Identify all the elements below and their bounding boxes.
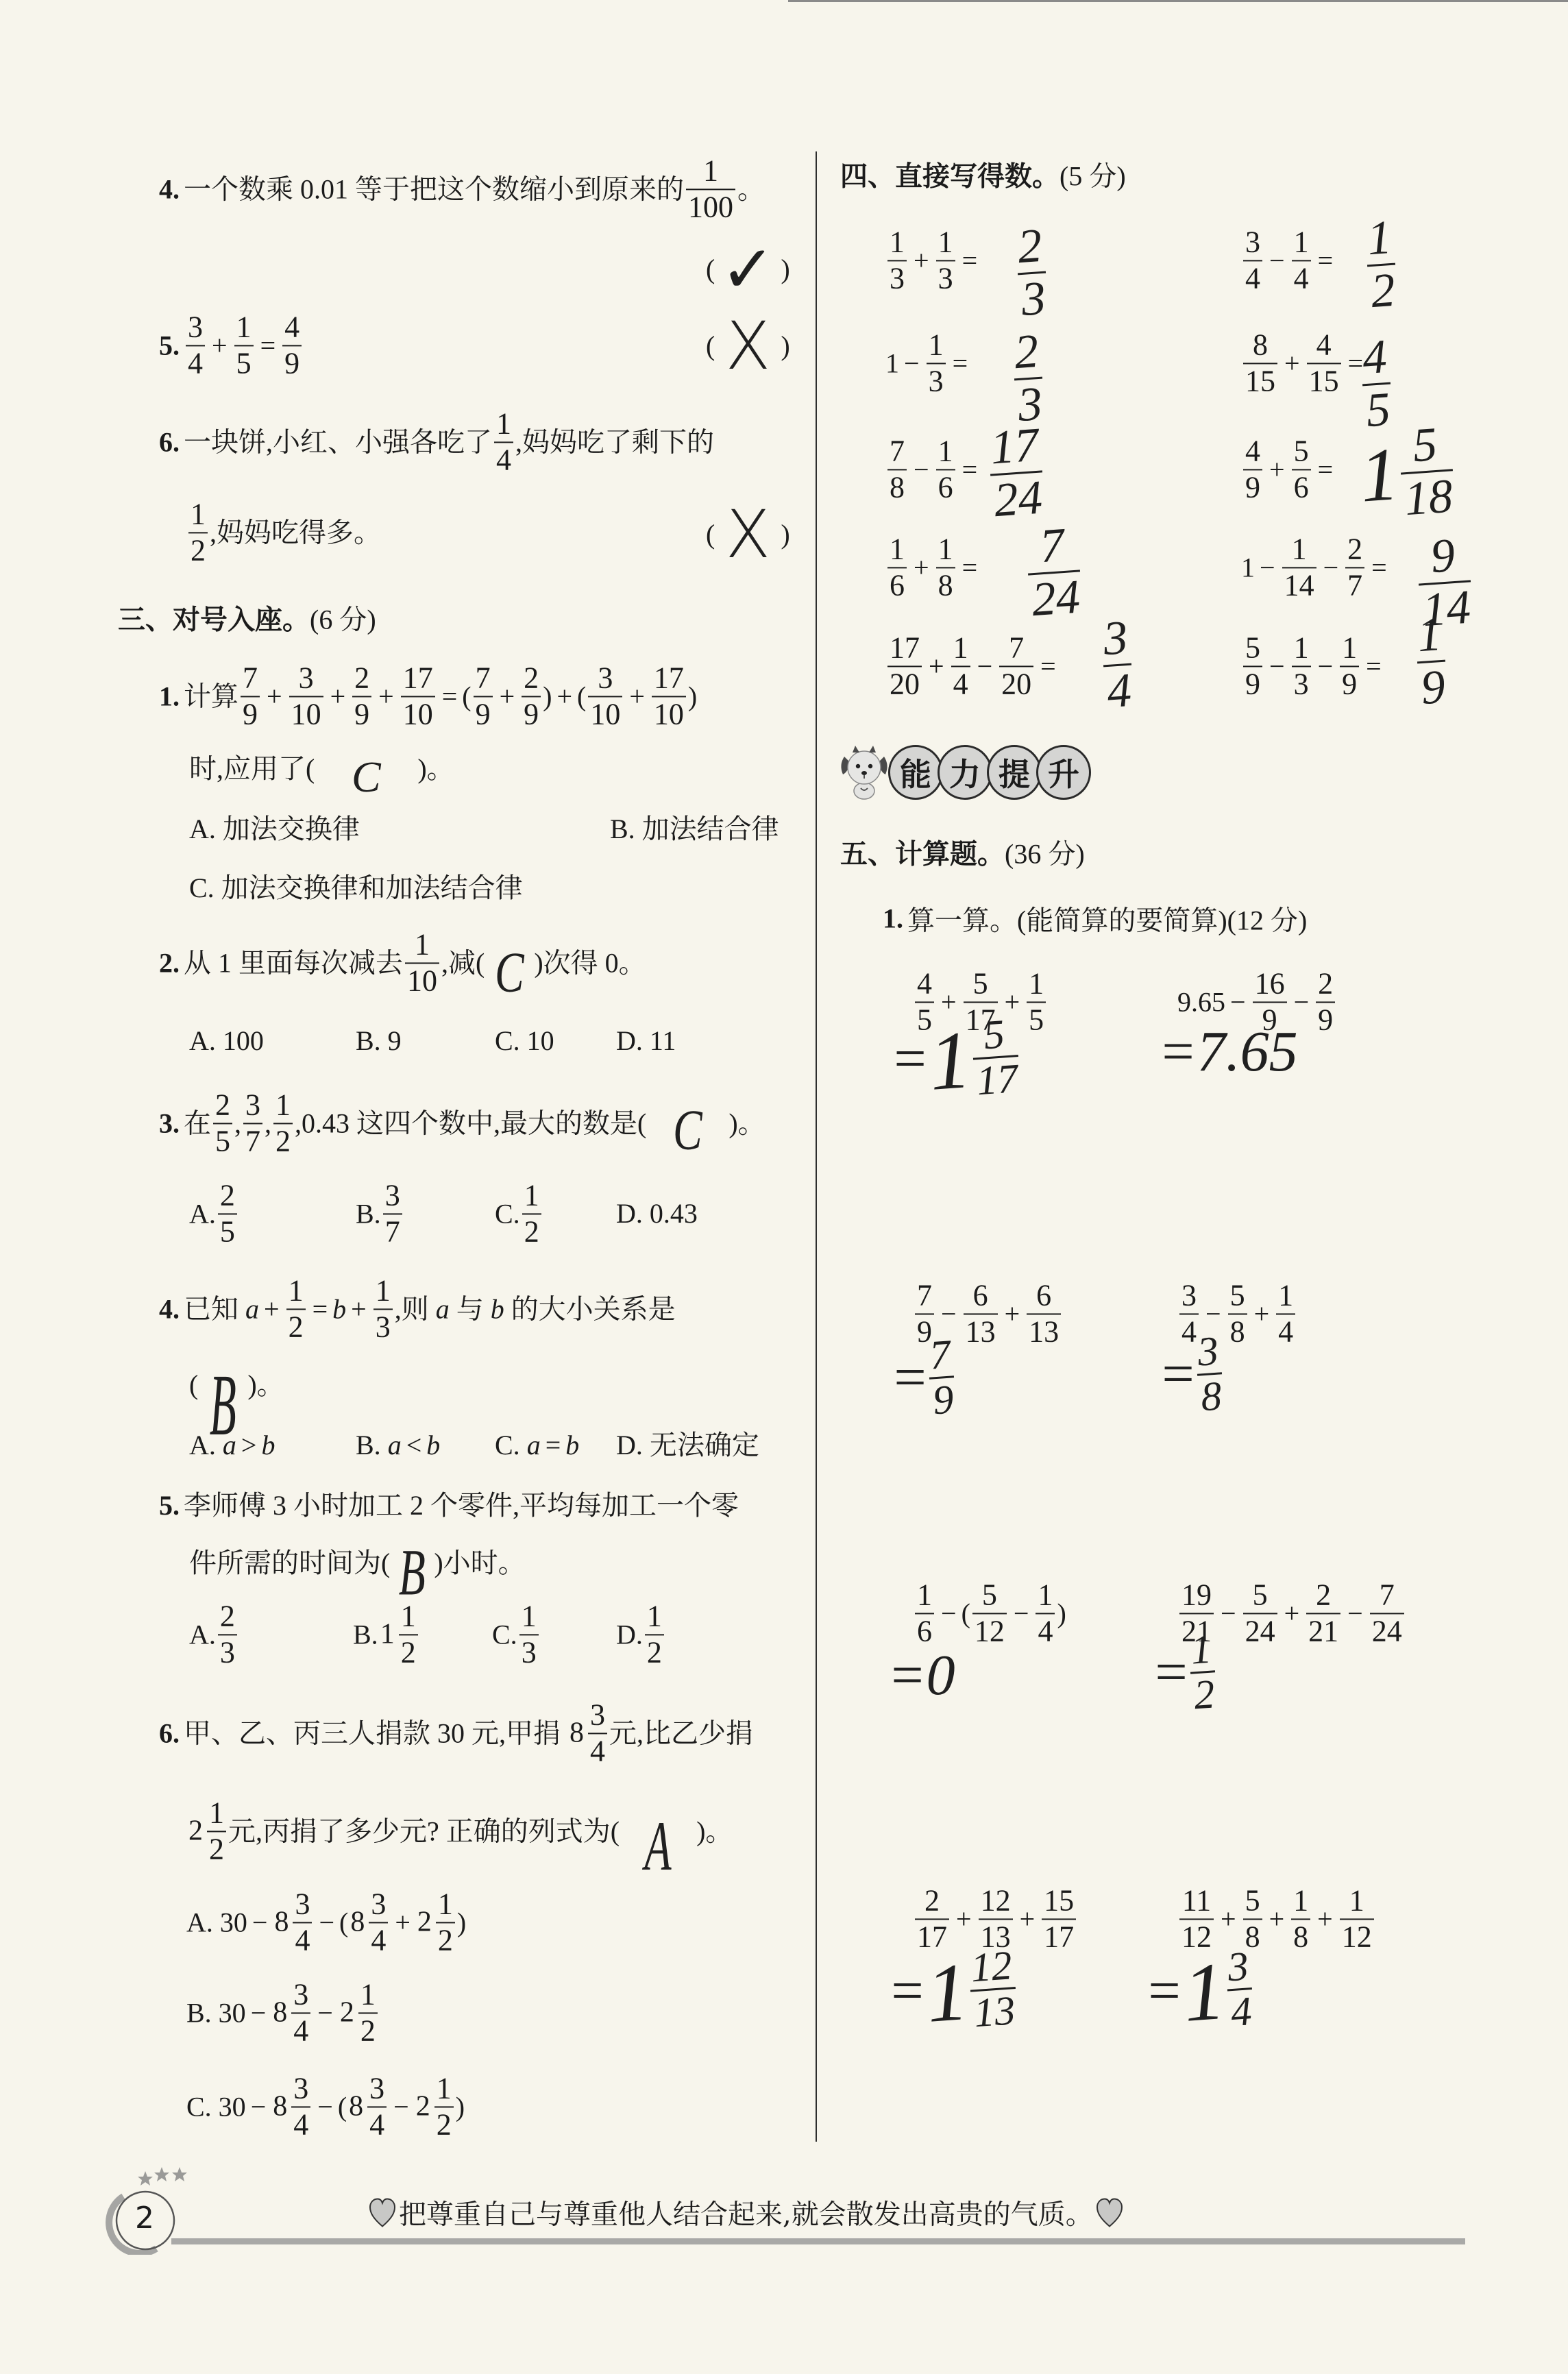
math-operator: +	[956, 1902, 972, 1935]
denominator: 2	[207, 1832, 226, 1867]
math-operator: +	[500, 680, 515, 713]
math-operator: +	[1020, 1902, 1036, 1935]
mental-answer-9: 34	[1103, 613, 1131, 716]
math-operator: −	[1221, 1597, 1236, 1630]
text: 从 1 里面每次减去	[184, 946, 403, 979]
text: 李师傅 3 小时加工 2 个零件,平均每加工一个零	[184, 1489, 739, 1522]
text: )。	[696, 1815, 733, 1848]
fraction: 1710	[652, 661, 686, 731]
denominator: 4	[1276, 1314, 1295, 1349]
calc-answer-8: =134	[1144, 1947, 1252, 2035]
puppy-mascot-icon	[837, 744, 891, 800]
numerator: 1	[1276, 1278, 1295, 1314]
choice-q3-option-b: B.37	[356, 1178, 404, 1249]
fraction-body: 29	[522, 661, 541, 731]
text: 1	[1241, 551, 1255, 584]
numerator: 4	[915, 966, 934, 1003]
numerator: 1	[1414, 609, 1445, 663]
denominator: 10	[652, 697, 686, 732]
math-operator: −	[317, 1996, 333, 2029]
mental-expr-10: 59−13−19=	[1241, 631, 1386, 701]
fraction: 724	[1370, 1578, 1404, 1648]
mental-expr-7: 16+18=	[885, 532, 982, 602]
math-variable: a	[527, 1429, 541, 1462]
fraction: 12	[645, 1599, 664, 1669]
math-operator: +	[914, 244, 929, 277]
fraction: 58	[1228, 1278, 1247, 1349]
math-operator: =	[962, 551, 978, 584]
denominator: 9	[1417, 661, 1449, 713]
handwritten-answer: C	[485, 944, 534, 1001]
text: C.	[495, 1197, 520, 1230]
question-number: 5.	[159, 329, 180, 362]
calc-answer-6: =12	[1151, 1628, 1215, 1717]
section-title-score: (5 分)	[1059, 155, 1126, 194]
handwritten-answer: =0	[887, 1647, 955, 1704]
text: B. 加法结合律	[610, 813, 779, 846]
math-operator: −	[1294, 986, 1310, 1018]
fraction-body: 112	[1340, 1883, 1374, 1954]
numerator: 1	[887, 225, 907, 261]
fraction-body: 221	[1306, 1578, 1340, 1648]
fraction-body: 23	[218, 1599, 237, 1669]
choice-q1-option-c: C. 加法交换律和加法结合律	[189, 872, 523, 905]
choice-q2-option-a: A. 100	[189, 1025, 264, 1057]
calc-expr-5: 16−(512−14)	[913, 1578, 1066, 1648]
fraction-body: 613	[964, 1278, 998, 1349]
fraction-body: 12	[188, 497, 208, 567]
handwritten-answer: =7.65	[1158, 1023, 1298, 1081]
fraction: 114	[1282, 532, 1316, 602]
numerator: 1	[936, 532, 955, 568]
denominator: 12	[972, 1614, 1007, 1649]
choice-q6-option-a: A. 30−834−(834+212)	[186, 1887, 466, 1957]
choice-q5-option-a: A.23	[189, 1599, 239, 1669]
numerator: 6	[964, 1278, 998, 1314]
fraction-body: 59	[1243, 631, 1262, 701]
fraction: 12	[522, 1178, 541, 1249]
math-variable: a	[245, 1293, 259, 1325]
badge-char: 力	[938, 745, 992, 800]
denominator: 4	[1292, 261, 1311, 296]
mental-answer-2: 12	[1367, 213, 1395, 316]
handwritten-answer: ✓	[715, 236, 781, 302]
mixed-number: 834	[350, 1887, 388, 1957]
denominator: 15	[1307, 364, 1341, 399]
denominator: 17	[973, 1057, 1021, 1103]
question-number: 6.	[159, 1717, 180, 1750]
numerator: 7	[474, 661, 493, 697]
fraction-body: 12	[358, 1977, 378, 2048]
denominator: 14	[1282, 568, 1316, 603]
numerator: 1	[522, 1178, 541, 1214]
numerator: 3	[243, 1088, 262, 1124]
footer-rule	[171, 2238, 1465, 2244]
math-operator: −	[1318, 650, 1334, 683]
denominator: 3	[936, 261, 955, 296]
fraction-body: 34	[1224, 1944, 1255, 2034]
denominator: 5	[1027, 1003, 1046, 1038]
math-operator: −	[1269, 650, 1285, 683]
denominator: 6	[1292, 470, 1311, 505]
text: (	[339, 1906, 348, 1939]
mixed-number: 212	[188, 1796, 226, 1866]
mixed-number: 834	[273, 2071, 310, 2142]
fraction-body: 37	[243, 1088, 262, 1158]
math-operator: −	[1230, 986, 1246, 1018]
fraction-body: 23	[1011, 326, 1046, 430]
math-operator: −	[904, 347, 920, 380]
whole-number: 1	[1358, 436, 1401, 514]
denominator: 4	[291, 2107, 310, 2142]
whole-number: 8	[273, 1996, 287, 2030]
text: )	[781, 330, 789, 363]
denominator: 24	[990, 472, 1046, 526]
fraction: 27	[1345, 532, 1364, 602]
math-operator: −	[1323, 551, 1339, 584]
motto-text: 把尊重自己与尊重他人结合起来,就会散发出高贵的气质。	[399, 2193, 1093, 2232]
text: )	[781, 253, 789, 286]
fraction: 613	[1027, 1278, 1061, 1349]
fraction-body: 29	[352, 661, 371, 731]
fraction: 34	[186, 310, 205, 380]
fraction: 59	[1243, 631, 1262, 701]
choice-q5-option-c: C.13	[492, 1599, 541, 1669]
denominator: 8	[1228, 1314, 1247, 1349]
math-operator: +	[556, 680, 572, 713]
denominator: 4	[588, 1734, 607, 1769]
text: D. 0.43	[616, 1197, 698, 1230]
denominator: 12	[1340, 1920, 1374, 1955]
denominator: 2	[522, 1214, 541, 1249]
denominator: 3	[519, 1635, 539, 1670]
denominator: 9	[1340, 667, 1359, 702]
numerator: 12	[979, 1883, 1013, 1920]
denominator: 2	[436, 1923, 455, 1958]
fraction-body: 12	[645, 1599, 664, 1669]
numerator: 1	[1292, 631, 1311, 667]
whole-number: 8	[350, 1905, 365, 1939]
mental-expr-3: 1−13=	[885, 328, 972, 398]
numerator: 1	[405, 927, 439, 964]
math-operator: −	[1269, 244, 1285, 277]
math-operator: =	[313, 1293, 328, 1325]
fraction: 37	[383, 1178, 402, 1249]
denominator: 8	[887, 470, 907, 505]
fraction-body: 518	[1397, 418, 1456, 524]
math-variable: b	[565, 1429, 579, 1462]
text: ,减(	[441, 946, 485, 979]
fraction: 25	[213, 1088, 232, 1158]
denominator: 9	[1243, 470, 1262, 505]
fraction-body: 12	[436, 1887, 455, 1957]
handwritten-fraction: 1518	[1357, 418, 1456, 527]
fraction-body: 34	[1100, 613, 1135, 717]
text: )次得 0。	[534, 946, 646, 979]
choice-q4-line-1: 4.已知 a+12=b+13,则 a 与 b 的大小关系是	[159, 1273, 676, 1344]
numerator: 1	[927, 328, 946, 364]
choice-q1-line-1: 1.计算79+310+29+1710=(79+29)+(310+1710)	[159, 661, 697, 731]
text: (	[577, 680, 586, 713]
denominator: 4	[291, 2014, 310, 2048]
fraction-body: 12	[1364, 212, 1399, 317]
mental-expr-1: 13+13=	[885, 225, 982, 295]
math-operator: =	[1366, 650, 1382, 683]
math-operator: +	[351, 1293, 367, 1325]
text: 与	[450, 1293, 491, 1325]
whole-number: 2	[416, 2090, 430, 2124]
numerator: 5	[1243, 1578, 1277, 1614]
fraction-body: 415	[1307, 328, 1341, 398]
fraction: 1100	[686, 154, 735, 224]
numerator: 12	[967, 1944, 1015, 1992]
section-title-label: 三、对号入座。	[118, 598, 310, 637]
numerator: 1	[188, 497, 208, 533]
fraction-body: 14	[1276, 1278, 1295, 1349]
handwritten-fraction: 724	[1025, 519, 1083, 626]
denominator: 10	[588, 697, 622, 732]
fraction-body: 310	[588, 661, 622, 731]
fraction-body: 45	[1359, 332, 1394, 436]
text: C. 10	[495, 1025, 554, 1057]
subsection-text: 算一算。(能简算的要简算)(12 分)	[907, 899, 1307, 938]
text: B.	[356, 1429, 388, 1462]
math-operator: +	[1284, 347, 1300, 380]
fraction-body: 18	[1291, 1883, 1310, 1954]
fraction: 12	[188, 497, 208, 567]
mental-expr-4: 815+415=	[1241, 328, 1368, 398]
text: A.	[189, 1197, 216, 1230]
fraction-body: 79	[241, 661, 260, 731]
calc-expr-8: 1112+58+18+112	[1177, 1883, 1376, 1954]
fraction: 18	[1291, 1883, 1310, 1954]
denominator: 2	[358, 2014, 378, 2048]
choice-q6-option-c: C. 30−834−(834−212)	[186, 2071, 465, 2142]
math-operator: +	[929, 650, 944, 683]
calc-subsection-title: 1. 算一算。(能简算的要简算)(12 分)	[883, 899, 1307, 938]
denominator: 13	[1027, 1314, 1061, 1349]
fraction-body: 724	[1370, 1578, 1404, 1648]
fraction: 221	[1306, 1578, 1340, 1648]
text: 一块饼,小红、小强各吃了	[184, 426, 492, 458]
whole-number: 2	[188, 1814, 203, 1848]
numerator: 1	[273, 1088, 293, 1124]
mixed-number: 212	[416, 2071, 454, 2142]
denominator: 9	[474, 697, 493, 732]
numerator: 15	[1042, 1883, 1076, 1920]
text: A.	[189, 1618, 216, 1651]
whole-number: 8	[274, 1905, 289, 1939]
numerator: 3	[1100, 613, 1131, 667]
denominator: 10	[401, 697, 435, 732]
calc-answer-7: =11213	[887, 1947, 1016, 2035]
denominator: 4	[369, 1923, 388, 1958]
text: 元,丙捐了多少元? 正确的列式为(	[228, 1815, 620, 1848]
calc-answer-2: =7.65	[1158, 1023, 1298, 1081]
fraction-body: 1710	[652, 661, 686, 731]
text: 的大小关系是	[504, 1293, 676, 1325]
choice-q4-option-b: B. a<b	[356, 1429, 440, 1462]
fraction-body: 16	[887, 532, 907, 602]
fraction-body: 13	[519, 1599, 539, 1669]
text: ,0.43 这四个数中,最大的数是(	[295, 1107, 646, 1140]
choice-q2-option-c: C. 10	[495, 1025, 554, 1057]
numerator: 17	[401, 661, 435, 697]
fraction-body: 16	[936, 434, 955, 504]
whole-number: 1	[927, 1018, 973, 1103]
numerator: 3	[588, 1698, 607, 1734]
text: (	[338, 2090, 347, 2123]
text: ,则	[395, 1293, 436, 1325]
section-title-score: (36 分)	[1005, 833, 1085, 872]
math-operator: =	[442, 680, 458, 713]
numerator: 3	[1194, 1329, 1222, 1375]
mixed-number: 212	[340, 1977, 378, 2048]
numerator: 3	[1243, 225, 1262, 261]
denominator: 2	[434, 2107, 454, 2142]
numerator: 7	[1025, 519, 1080, 576]
section-3-title: 三、对号入座。 (6 分)	[118, 598, 376, 637]
text: )	[688, 680, 697, 713]
text: )	[457, 1906, 466, 1939]
judge-q6-line-1: 6.一块饼,小红、小强各吃了14,妈妈吃了剩下的	[159, 406, 714, 477]
choice-q4-option-d: D. 无法确定	[616, 1429, 759, 1462]
text: ,	[234, 1107, 241, 1140]
handwritten-fraction: 19	[1414, 609, 1449, 713]
numerator: 1	[286, 1273, 306, 1310]
text: 9.65	[1177, 986, 1225, 1018]
denominator: 15	[1243, 364, 1277, 399]
judge-q4-answer-mark: (✓)	[706, 236, 790, 302]
fraction: 23	[218, 1599, 237, 1669]
denominator: 2	[286, 1310, 306, 1345]
text: D.	[616, 1618, 643, 1651]
fraction-body: 217	[915, 1883, 949, 1954]
denominator: 8	[936, 568, 955, 603]
numerator: 1	[936, 434, 955, 470]
choice-q2-option-b: B. 9	[356, 1025, 402, 1057]
numerator: 5	[970, 1012, 1018, 1060]
text: )	[1057, 1597, 1066, 1630]
fraction: 15	[1027, 966, 1046, 1037]
fraction: 25	[218, 1178, 237, 1249]
denominator: 10	[405, 964, 439, 999]
numerator: 7	[915, 1278, 934, 1314]
denominator: 2	[1190, 1672, 1218, 1717]
math-operator: =	[1318, 453, 1334, 486]
mental-answer-7: 724	[1028, 521, 1080, 624]
math-operator: −	[319, 1906, 334, 1939]
fraction-body: 37	[383, 1178, 402, 1249]
fraction-body: 12	[522, 1178, 541, 1249]
numerator: 1	[358, 1977, 378, 2014]
fraction: 15	[234, 310, 254, 380]
denominator: 2	[399, 1635, 418, 1670]
column-divider	[816, 151, 817, 2142]
numerator: 17	[887, 631, 922, 667]
fraction-body: 25	[218, 1178, 237, 1249]
math-operator: −	[914, 453, 929, 486]
math-operator: −	[941, 1597, 957, 1630]
fraction-body: 1517	[1042, 1883, 1076, 1954]
numerator: 4	[282, 310, 302, 346]
fraction: 49	[1243, 434, 1262, 504]
fraction: 14	[1036, 1578, 1055, 1648]
fraction-body: 13	[373, 1273, 393, 1344]
numerator: 1	[1340, 631, 1359, 667]
numerator: 3	[291, 2071, 310, 2107]
mixed-number: 834	[569, 1698, 607, 1768]
text: )小时。	[434, 1547, 525, 1580]
numerator: 2	[1316, 966, 1335, 1003]
handwritten-answer: =	[890, 1349, 929, 1406]
whole-number: 1	[380, 1617, 395, 1652]
numerator: 3	[383, 1178, 402, 1214]
math-operator: +	[629, 680, 645, 713]
choice-q2-line-1: 2.从 1 里面每次减去110,减(C)次得 0。	[159, 927, 646, 998]
denominator: 13	[964, 1314, 998, 1349]
mental-answer-3: 23	[1014, 327, 1042, 430]
choice-q1-option-b: B. 加法结合律	[610, 813, 779, 846]
text: 时,应用了(	[189, 752, 315, 785]
math-operator: +	[1254, 1297, 1270, 1330]
fraction: 14	[1292, 225, 1311, 295]
choice-q3-option-a: A.25	[189, 1178, 239, 1249]
denominator: 9	[929, 1378, 957, 1422]
whole-number: 1	[924, 1950, 970, 2035]
denominator: 5	[213, 1124, 232, 1159]
math-operator: +	[267, 680, 282, 713]
fraction-body: 13	[887, 225, 907, 295]
numerator: 1	[887, 532, 907, 568]
fraction: 13	[936, 225, 955, 295]
numerator: 3	[289, 661, 323, 697]
denominator: 24	[1243, 1614, 1277, 1649]
numerator: 7	[887, 434, 907, 470]
whole-number: 2	[417, 1905, 432, 1939]
text: C.	[495, 1429, 527, 1462]
fraction-body: 1100	[686, 154, 735, 224]
mental-answer-1: 23	[1018, 221, 1046, 324]
fraction: 1112	[1179, 1883, 1214, 1954]
mixed-number: 834	[273, 1977, 310, 2048]
fraction: 1517	[1042, 1883, 1076, 1954]
numerator: 1	[1292, 225, 1311, 261]
handwritten-answer: =	[890, 1030, 929, 1088]
numerator: 4	[1243, 434, 1262, 470]
fraction: 79	[241, 661, 260, 731]
fraction-body: 14	[494, 406, 513, 477]
fraction: 13	[927, 328, 946, 398]
fraction: 13	[519, 1599, 539, 1669]
denominator: 3	[887, 261, 907, 296]
math-operator: =	[953, 347, 968, 380]
mixed-number: 834	[349, 2071, 387, 2142]
denominator: 4	[494, 443, 513, 478]
fraction-body: 724	[1025, 519, 1083, 626]
choice-q4-option-c: C. a=b	[495, 1429, 579, 1462]
fraction: 34	[1243, 225, 1262, 295]
math-variable: b	[426, 1429, 440, 1462]
text: 件所需的时间为(	[189, 1547, 390, 1580]
choice-q5-option-b: B.112	[353, 1599, 420, 1669]
denominator: 100	[686, 190, 735, 225]
fraction-body: 12	[399, 1599, 418, 1669]
denominator: 4	[367, 2107, 387, 2142]
numerator: 2	[1306, 1578, 1340, 1614]
choice-q5-option-d: D.12	[616, 1599, 666, 1669]
handwritten-answer: =	[1144, 1962, 1184, 2020]
